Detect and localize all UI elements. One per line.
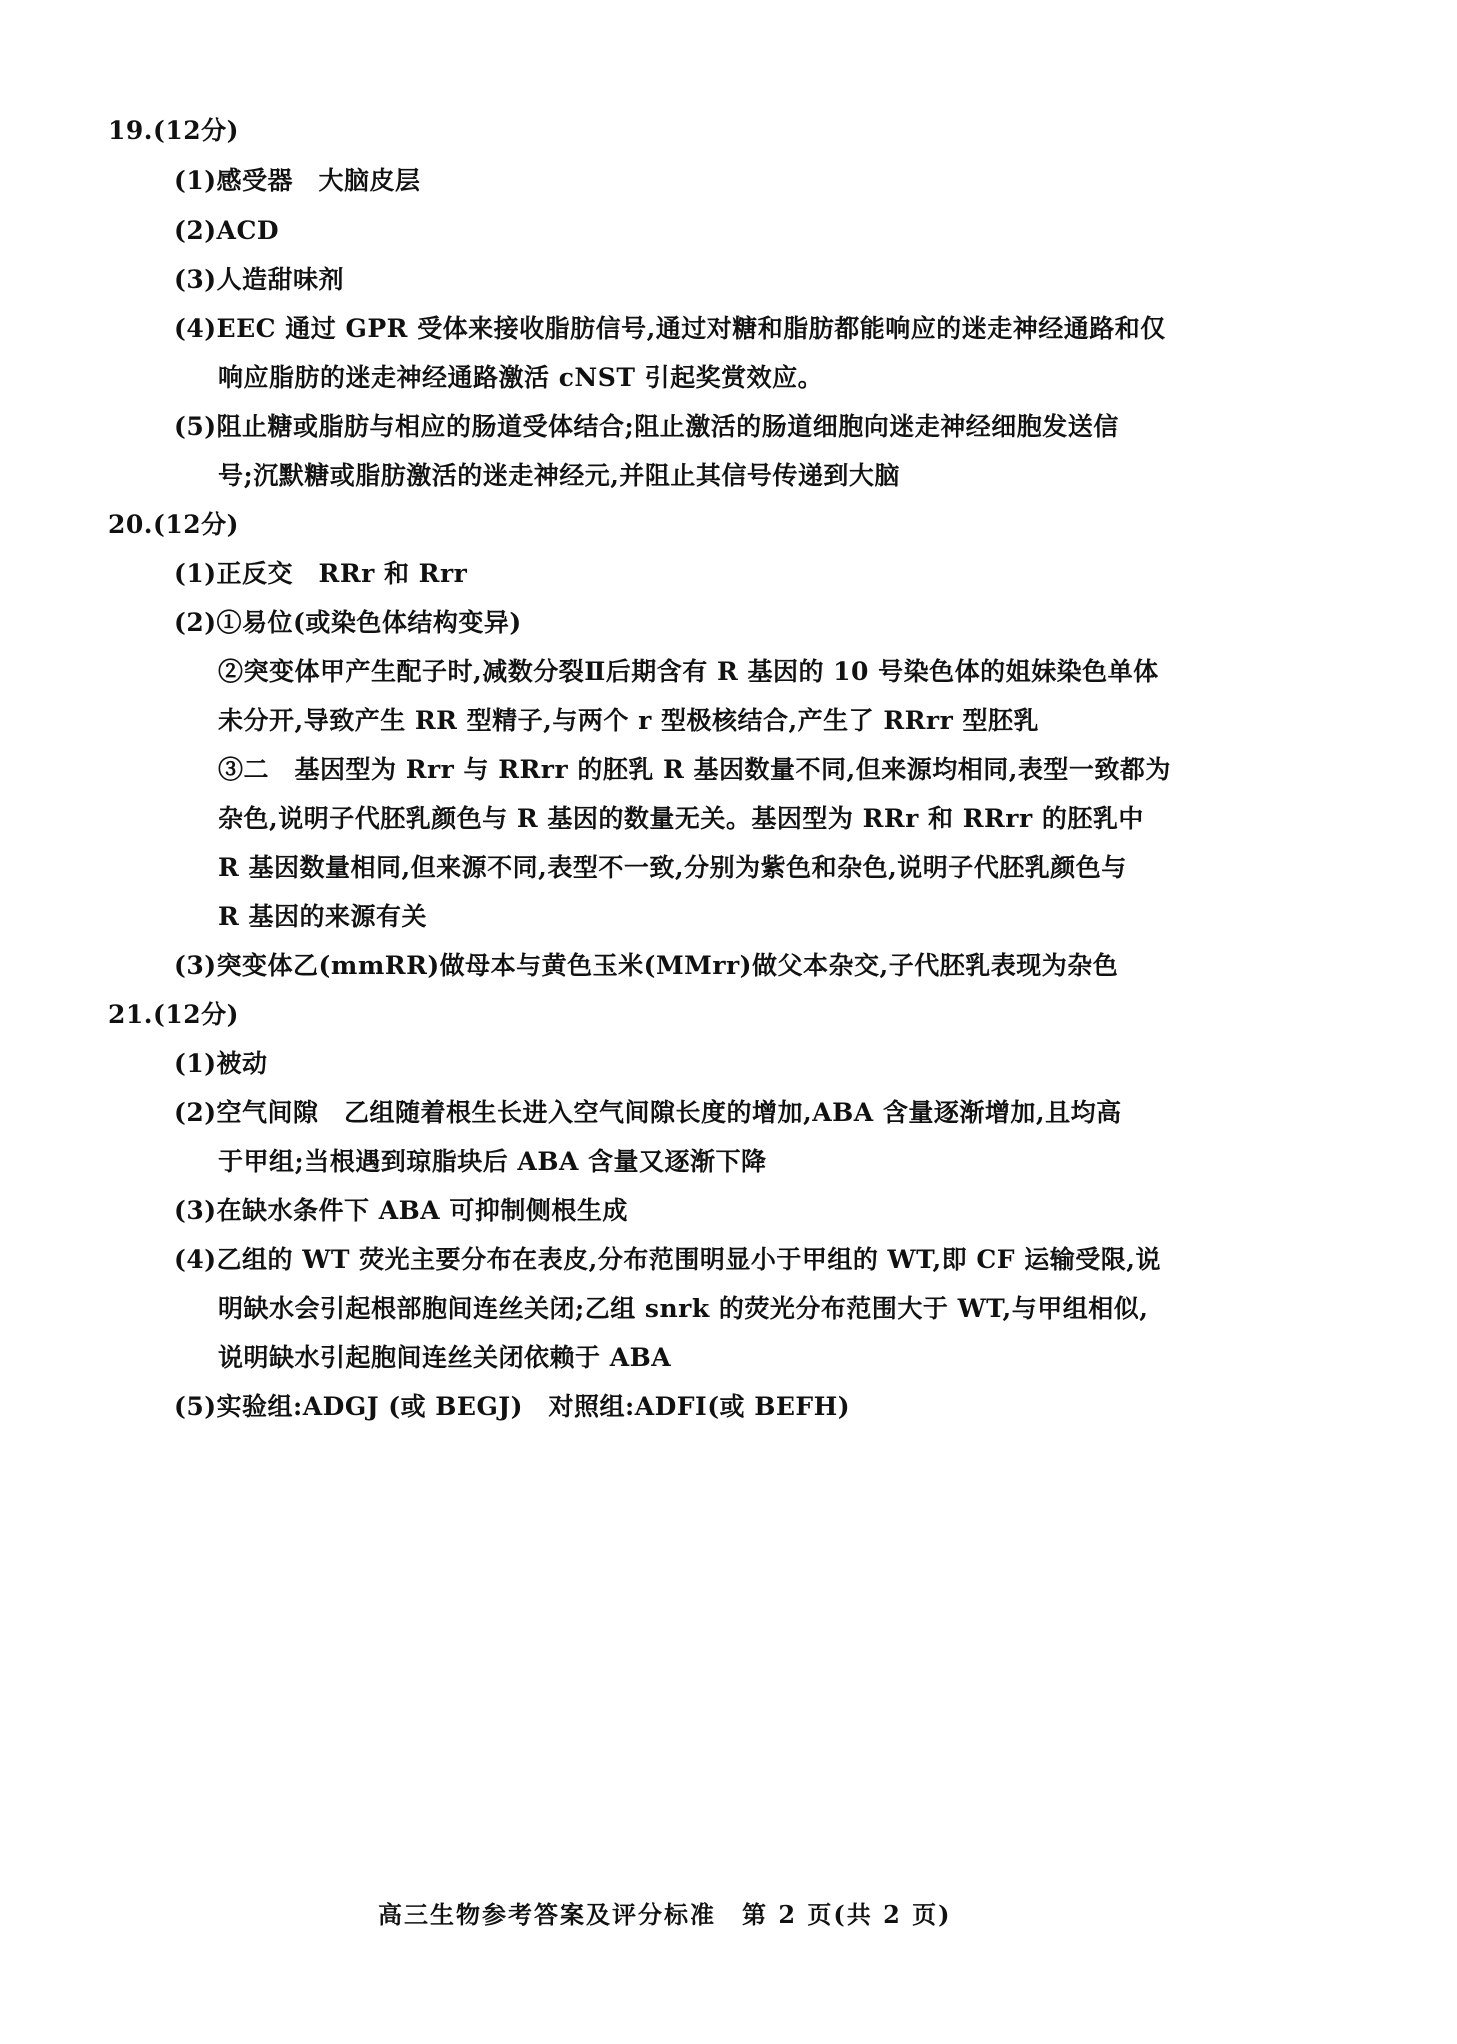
- q21-answer-4-line3: 说明缺水引起胞间连丝关闭依赖于 ABA: [218, 1343, 671, 1373]
- page-footer: 高三生物参考答案及评分标准 第 2 页(共 2 页): [378, 1895, 952, 1930]
- q20-answer-2-2-line1: ②突变体甲产生配子时,减数分裂Ⅱ后期含有 R 基因的 10 号染色体的姐妹染色单…: [218, 657, 1159, 687]
- q21-answer-4-line1: (4)乙组的 WT 荧光主要分布在表皮,分布范围明显小于甲组的 WT,即 CF …: [174, 1245, 1161, 1275]
- q20-answer-3: (3)突变体乙(mmRR)做母本与黄色玉米(MMrr)做父本杂交,子代胚乳表现为…: [174, 951, 1118, 981]
- q19-answer-5-line1: (5)阻止糖或脂肪与相应的肠道受体结合;阻止激活的肠道细胞向迷走神经细胞发送信: [174, 412, 1119, 442]
- answer-page: 19.(12分) (1)感受器 大脑皮层 (2)ACD (3)人造甜味剂 (4)…: [0, 0, 1457, 2044]
- q19-answer-4-line2: 响应脂肪的迷走神经通路激活 cNST 引起奖赏效应。: [218, 363, 823, 393]
- q20-answer-2-2-line2: 未分开,导致产生 RR 型精子,与两个 r 型极核结合,产生了 RRrr 型胚乳: [218, 706, 1039, 736]
- q19-answer-4-line1: (4)EEC 通过 GPR 受体来接收脂肪信号,通过对糖和脂肪都能响应的迷走神经…: [174, 314, 1166, 344]
- q19-answer-5-line2: 号;沉默糖或脂肪激活的迷走神经元,并阻止其信号传递到大脑: [218, 461, 900, 491]
- q21-answer-2-line2: 于甲组;当根遇到琼脂块后 ABA 含量又逐渐下降: [218, 1147, 767, 1177]
- q20-answer-1: (1)正反交 RRr 和 Rrr: [174, 559, 467, 589]
- q20-answer-2-1: (2)①易位(或染色体结构变异): [174, 608, 522, 638]
- q21-answer-4-line2: 明缺水会引起根部胞间连丝关闭;乙组 snrk 的荧光分布范围大于 WT,与甲组相…: [218, 1294, 1148, 1324]
- q21-header: 21.(12分): [108, 1000, 239, 1030]
- q19-answer-1: (1)感受器 大脑皮层: [174, 166, 421, 196]
- q20-answer-2-3-line4: R 基因的来源有关: [218, 902, 427, 932]
- q21-answer-1: (1)被动: [174, 1049, 268, 1079]
- q21-answer-2-line1: (2)空气间隙 乙组随着根生长进入空气间隙长度的增加,ABA 含量逐渐增加,且均…: [174, 1098, 1122, 1128]
- q19-answer-3: (3)人造甜味剂: [174, 265, 344, 295]
- q20-answer-2-3-line3: R 基因数量相同,但来源不同,表型不一致,分别为紫色和杂色,说明子代胚乳颜色与: [218, 853, 1127, 883]
- q20-answer-2-3-line1: ③二 基因型为 Rrr 与 RRrr 的胚乳 R 基因数量不同,但来源均相同,表…: [218, 755, 1171, 785]
- q21-answer-3: (3)在缺水条件下 ABA 可抑制侧根生成: [174, 1196, 628, 1226]
- q19-answer-2: (2)ACD: [174, 216, 279, 246]
- q19-header: 19.(12分): [108, 116, 239, 146]
- q20-answer-2-3-line2: 杂色,说明子代胚乳颜色与 R 基因的数量无关。基因型为 RRr 和 RRrr 的…: [218, 804, 1144, 834]
- q20-header: 20.(12分): [108, 510, 239, 540]
- q21-answer-5: (5)实验组:ADGJ (或 BEGJ) 对照组:ADFI(或 BEFH): [174, 1392, 850, 1422]
